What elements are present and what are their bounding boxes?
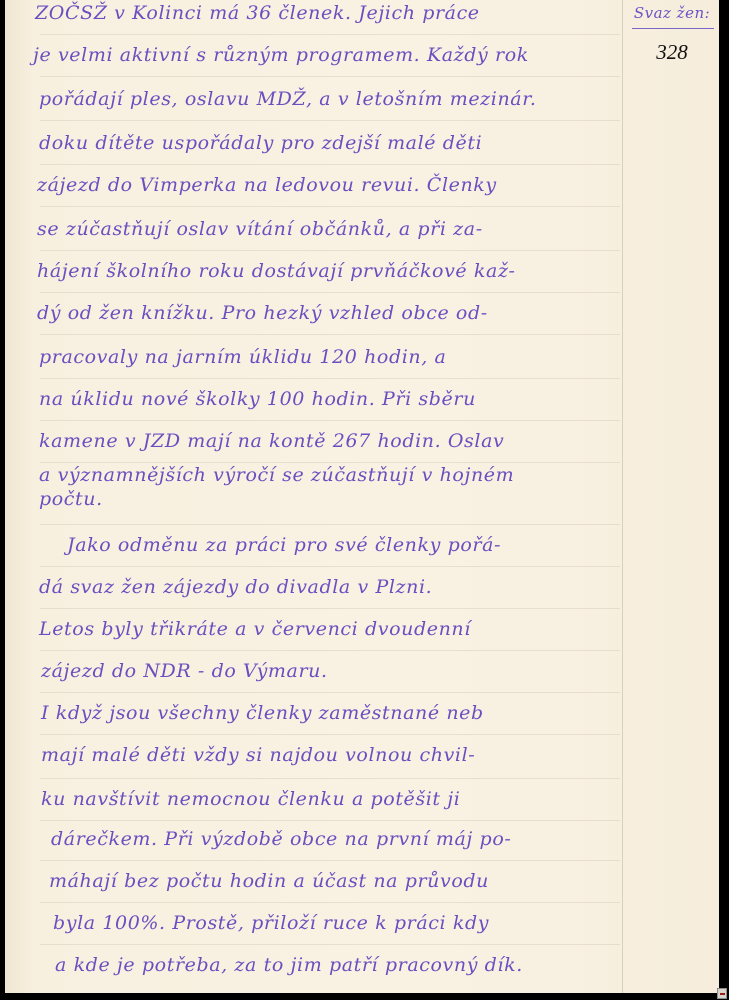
ruled-line (40, 524, 620, 525)
text-line: Letos byly třikráte a v červenci dvouden… (39, 620, 471, 639)
ruled-line (40, 462, 620, 463)
text-line: se zúčastňují oslav vítání občánků, a př… (37, 220, 483, 239)
ruled-line (40, 420, 620, 421)
text-line: hájení školního roku dostávají prvňáčkov… (37, 262, 516, 281)
ruled-line (40, 292, 620, 293)
text-line: a významnějších výročí se zúčastňují v h… (39, 466, 514, 485)
text-line: na úklidu nové školky 100 hodin. Při sbě… (39, 390, 476, 409)
text-line: máhají bez počtu hodin a účast na průvod… (49, 872, 489, 891)
text-line: doku dítěte uspořádaly pro zdejší malé d… (39, 134, 482, 153)
text-line: ZOČSŽ v Kolinci má 36 členek. Jejich prá… (35, 4, 480, 23)
ruled-line (40, 206, 620, 207)
text-line: počtu. (39, 490, 103, 509)
ruled-line (40, 250, 620, 251)
margin-line (622, 0, 623, 993)
text-line: je velmi aktivní s různým programem. Kaž… (33, 46, 529, 65)
ruled-line (40, 820, 620, 821)
ruled-line (40, 902, 620, 903)
margin-header-underline (632, 28, 714, 29)
paragraph-start-line: I když jsou všechny členky zaměstnané ne… (41, 704, 484, 723)
ruled-line (40, 944, 620, 945)
margin-header: Svaz žen: (627, 4, 717, 22)
text-line: pracovaly na jarním úklidu 120 hodin, a (39, 348, 446, 367)
ruled-line (40, 734, 620, 735)
text-line: zájezd do Vimperka na ledovou revui. Čle… (37, 176, 497, 195)
ruled-line (40, 778, 620, 779)
text-line: dá svaz žen zájezdy do divadla v Plzni. (39, 578, 432, 597)
page-number: 328 (627, 40, 717, 65)
text-line: a kde je potřeba, za to jim patří pracov… (55, 956, 523, 975)
handwritten-chronicle-page: Svaz žen: 328 ZOČSŽ v Kolinci má 36 člen… (5, 0, 719, 993)
ruled-line (40, 34, 620, 35)
text-line: ku navštívit nemocnou členku a potěšit j… (41, 790, 460, 809)
ruled-line (40, 334, 620, 335)
text-line: kamene v JZD mají na kontě 267 hodin. Os… (39, 432, 504, 451)
ruled-line (40, 164, 620, 165)
ruled-line (40, 692, 620, 693)
ruled-line (40, 650, 620, 651)
text-line: dárečkem. Při výzdobě obce na první máj … (51, 830, 511, 849)
ruled-line (40, 566, 620, 567)
ruled-line (40, 120, 620, 121)
ruled-line (40, 76, 620, 77)
text-line: byla 100%. Prostě, přiloží ruce k práci … (53, 914, 489, 933)
text-line: zájezd do NDR - do Výmaru. (41, 662, 328, 681)
paragraph-start-line: Jako odměnu za práci pro své členky pořá… (67, 536, 501, 555)
ruled-line (40, 608, 620, 609)
ruled-line (40, 860, 620, 861)
resize-handle-icon[interactable] (717, 988, 727, 999)
minus-glyph-icon (720, 993, 725, 995)
text-line: mají malé děti vždy si najdou volnou chv… (41, 746, 475, 765)
ruled-line (40, 378, 620, 379)
text-line: pořádají ples, oslavu MDŽ, a v letošním … (39, 90, 536, 109)
text-line: dý od žen knížku. Pro hezký vzhled obce … (37, 304, 488, 323)
